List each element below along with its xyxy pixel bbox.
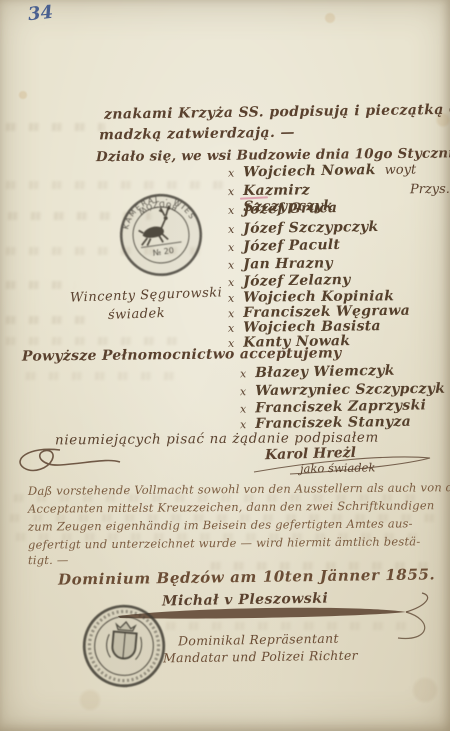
signatory-title: woyt — [385, 162, 417, 178]
paraph-flourish — [8, 438, 128, 478]
cross-mark: x — [228, 185, 234, 198]
attestation-line-5: tigt. — — [28, 553, 69, 567]
cross-mark: x — [228, 167, 234, 180]
bleed-through-ghost — [0, 316, 95, 324]
manuscript-page: 34 znakami Krzyża SS. podpisują i pieczą… — [0, 0, 450, 731]
signatory-name: Józef Zelazny — [243, 272, 351, 290]
acceptor-name: Wawrzyniec Szczypczyk — [255, 381, 445, 399]
official-title-2: Mandatar und Polizei Richter — [163, 648, 358, 666]
signatory-row: x Józef Pacult — [228, 237, 341, 255]
dominium-seal — [76, 598, 171, 693]
bleed-through-ghost — [0, 281, 75, 289]
cross-mark: x — [228, 307, 234, 320]
cross-mark: x — [228, 292, 234, 305]
cross-mark: x — [240, 367, 246, 380]
signer-underline-flourish — [250, 452, 440, 480]
signatory-row: x Józef Zelazny — [228, 272, 351, 290]
acceptor-name: Błazey Wiemczyk — [255, 363, 395, 381]
cross-mark: x — [240, 403, 246, 416]
signatory-name: Józef Szczypczyk — [243, 219, 379, 237]
cross-mark: x — [228, 204, 234, 217]
cross-mark: x — [228, 223, 234, 236]
bleed-through-ghost — [0, 123, 105, 131]
cross-mark: x — [228, 276, 234, 289]
witness-name: Wincenty Sęgurowski — [70, 285, 223, 305]
attestation-line-1: Daß vorstehende Vollmacht sowohl von den… — [28, 480, 450, 498]
dateline: Dominium Będzów am 10ten Jänner 1855. — [58, 565, 436, 588]
cross-mark: x — [240, 418, 246, 431]
attestation-line-2: Acceptanten mittelst Kreuzzeichen, dann … — [28, 498, 435, 516]
signatory-name: Wojciech Nowak — [243, 162, 376, 180]
official-title-1: Dominikal Repräsentant — [178, 631, 339, 649]
signatory-name: Józef Gruca — [243, 200, 337, 218]
acceptor-row: x Błazey Wiemczyk — [240, 363, 395, 382]
cross-mark: x — [228, 241, 234, 254]
bleed-through-ghost — [20, 372, 180, 380]
signatory-title: Przys. — [410, 182, 450, 197]
intro-line-1: znakami Krzyża SS. podpisują i pieczątką… — [104, 101, 450, 122]
page-number: 34 — [27, 2, 54, 26]
signatory-name: Jan Hrazny — [243, 255, 333, 272]
signatory-row: x Józef Gruca — [228, 200, 338, 218]
cross-mark: x — [228, 259, 234, 272]
acceptor-row: x Wawrzyniec Szczypczyk — [240, 381, 445, 400]
cross-mark: x — [240, 385, 246, 398]
attestation-line-4: gefertigt und unterzeichnet wurde — wird… — [28, 534, 421, 551]
bleed-through-ghost — [0, 337, 185, 345]
signatory-row: x Jan Hrazny — [228, 255, 333, 272]
signatory-row: x Wojciech Nowak woyt — [228, 161, 416, 180]
signatory-name: Józef Pacult — [243, 237, 340, 255]
witness-role: świadek — [108, 306, 166, 323]
signatory-row: x Józef Szczypczyk — [228, 219, 379, 237]
acceptance-heading: Powyższe Pełnomocnictwo acceptujemy — [22, 345, 342, 364]
intro-line-2: madzką zatwierdzają. — — [99, 125, 295, 144]
cross-mark: x — [228, 322, 234, 335]
village-seal: KAMERAL · WIES BUDZÓW № 20 — [112, 186, 209, 283]
attestation-line-3: zum Zeugen eigenhändig im Beisein des ge… — [28, 516, 413, 533]
